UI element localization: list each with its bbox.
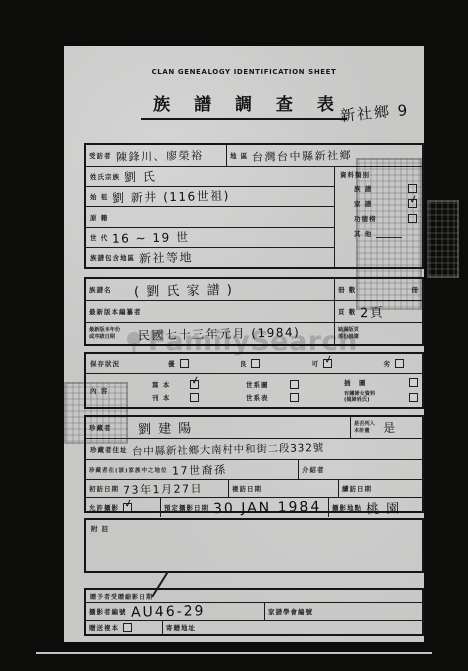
identification-split: 姓氏宗族 劉 氏 始 祖 劉 新井 (116世祖) 原 籍 世 代 16 ~ 1… (86, 167, 422, 267)
position-cell: 珍藏者在(該)家族中之地位 17世裔孫 (86, 460, 298, 479)
holder-label: 珍藏者 (89, 423, 112, 432)
corner-note-handwritten: 新社鄉 9 (339, 99, 410, 126)
table-identification: 受訪者 陳鋒川、廖榮裕 地 區 台灣台中縣新社鄉 姓氏宗族 劉 氏 始 祖 劉 (84, 143, 424, 269)
other-blank-line (376, 229, 402, 238)
table-holder: 珍藏者 劉 建 陽 是否列入 本計畫 是 珍藏者住址 台中縣新社鄉大南村中和街二… (84, 415, 424, 513)
seal-stamp-border (427, 200, 459, 278)
content-option: 刊 本 (152, 393, 238, 402)
permit-label: 允許攝影 (89, 503, 119, 512)
listed-cell: 是否列入 本計畫 是 (350, 417, 422, 438)
camera-number-label: 攝影者編號 (89, 607, 127, 616)
row-condition: 保存狀況 優 良 可 ✓ 劣 (86, 354, 422, 374)
pages-label: 頁 數 (338, 307, 356, 316)
checkbox (190, 393, 199, 402)
gift-date-label: 贈予者受贈縮影日期 (90, 592, 153, 601)
camera-number-value-handwritten: AU46-29 (130, 603, 205, 621)
film-place-cell: 攝影地點 桃 園 (328, 498, 422, 517)
ancestor-label: 始 祖 (90, 192, 108, 201)
checkbox: ✓ (123, 503, 132, 512)
ancestor-value-handwritten: 劉 新井 (116世祖) (112, 187, 230, 206)
area-value-handwritten: 台灣台中縣新社鄉 (252, 146, 352, 164)
coverage-value-handwritten: 新社等地 (139, 248, 193, 266)
scan-artifact-line (36, 652, 432, 654)
checkbox: ✓ (323, 359, 332, 368)
surname-value-handwritten: 劉 氏 (124, 168, 157, 186)
society-number-label: 家譜學會編號 (268, 607, 313, 616)
content-col1: 寫 本 ✓ 刊 本 (142, 376, 238, 405)
checkbox (290, 393, 299, 402)
copy-label: 贈送複本 (89, 623, 119, 632)
row-interviewee: 受訪者 陳鋒川、廖榮裕 地 區 台灣台中縣新社鄉 (86, 145, 422, 167)
listed-value-handwritten: 是 (383, 419, 397, 436)
second-visit-cell: 複訪日期 (228, 480, 338, 497)
row-visit-dates: 初訪日期 73年1月27日 複訪日期 續訪日期 (86, 480, 422, 498)
address-label: 珍藏者住址 (90, 445, 128, 454)
row-ancestor: 始 祖 劉 新井 (116世祖) (86, 187, 334, 207)
english-title: CLAN GENEALOGY IDENTIFICATION SHEET (64, 68, 424, 76)
table-book-info: 族譜名 ( 劉 氏 家 譜 ) 冊 數 冊 最新版本編纂者 頁 數 2頁 (84, 277, 424, 346)
mailing-label: 寄贈地址 (166, 623, 196, 632)
content-option: 世系圖 (246, 380, 338, 389)
checkbox (395, 359, 404, 368)
condition-option: 劣 (383, 359, 404, 368)
content-col3: 插 圖 有關婦女資料 (媳婦姓氏) (338, 376, 418, 405)
category-column: 資料類別 族 譜 家 譜 ✓ 功德榜 其 他 (334, 167, 422, 267)
content-option: 插 圖 (344, 378, 418, 387)
introducer-cell: 介紹者 (298, 460, 422, 479)
mailing-cell: 寄贈地址 (162, 621, 422, 634)
row-copy: 贈送複本 寄贈地址 (86, 621, 422, 634)
film-date-value-handwritten: 30 JAN 1984 (213, 498, 322, 516)
checkbox (123, 623, 132, 632)
content-option-women: 有關婦女資料 (媳婦姓氏) (344, 391, 418, 403)
edition-label: 最新版本年份 或序跋日期 (89, 327, 120, 339)
row-position: 珍藏者在(該)家族中之地位 17世裔孫 介紹者 (86, 460, 422, 480)
camera-number-cell: 攝影者編號 AU46-29 (86, 603, 264, 620)
row-origin: 原 籍 (86, 207, 334, 227)
checkbox (180, 359, 189, 368)
film-date-cell: 預定攝影日期 30 JAN 1984 (160, 498, 328, 517)
category-title: 資料類別 (340, 170, 417, 179)
category-option: 族 譜 (354, 184, 417, 193)
category-option: 家 譜 ✓ (354, 199, 417, 208)
pages-value-handwritten: 2頁 (360, 302, 385, 322)
condition-option: 良 (240, 359, 261, 368)
origin-label: 原 籍 (90, 213, 108, 222)
film-place-value-handwritten: 桃 園 (366, 498, 401, 518)
table-notes: 附 註 (84, 518, 424, 573)
listed-label: 是否列入 本計畫 (354, 421, 375, 433)
condition-option: 可 ✓ (312, 359, 333, 368)
row-coverage: 族譜包含地區 新社等地 (86, 248, 334, 267)
permit-cell: 允許攝影 ✓ (86, 498, 160, 517)
edition-value-handwritten: 民國七十三年元月 (1984) (138, 323, 301, 343)
checkbox (409, 378, 418, 387)
paper: FamilySearch CLAN GENEALOGY IDENTIFICATI… (64, 46, 424, 642)
row-compiler: 最新版本編纂者 頁 數 2頁 (86, 301, 422, 323)
compiler-cell: 最新版本編纂者 (86, 301, 334, 322)
checkbox: ✓ (408, 199, 417, 208)
interviewee-value-handwritten: 陳鋒川、廖榮裕 (115, 147, 203, 165)
row-film-numbers: 攝影者編號 AU46-29 家譜學會編號 (86, 603, 422, 621)
book-title-value-handwritten: ( 劉 氏 家 譜 ) (133, 279, 233, 300)
first-visit-value-handwritten: 73年1月27日 (123, 480, 203, 498)
notes-label: 附 註 (91, 524, 109, 533)
row-surname: 姓氏宗族 劉 氏 (86, 167, 334, 187)
row-edition: 最新版本年份 或序跋日期 民國七十三年元月 (1984) 缺漏版頁 部份損壞 (86, 323, 422, 344)
interviewee-cell: 受訪者 陳鋒川、廖榮裕 (86, 145, 226, 166)
scanned-form-frame: FamilySearch CLAN GENEALOGY IDENTIFICATI… (0, 0, 468, 671)
row-generations: 世 代 16 ~ 19 世 (86, 228, 334, 248)
condition-options: 優 良 可 ✓ 劣 (142, 359, 418, 368)
table-admin: 贈予者受贈縮影日期 攝影者編號 AU46-29 家譜學會編號 贈送複本 寄 (84, 588, 424, 636)
first-visit-cell: 初訪日期 73年1月27日 (86, 480, 228, 497)
area-label: 地 區 (230, 151, 248, 160)
table-condition: 保存狀況 優 良 可 ✓ 劣 (84, 352, 424, 409)
interviewee-label: 受訪者 (89, 151, 112, 160)
area-cell: 地 區 台灣台中縣新社鄉 (226, 145, 422, 166)
category-option: 功德榜 (354, 214, 417, 223)
content-option: 世系表 (246, 393, 338, 402)
surname-label: 姓氏宗族 (90, 172, 120, 181)
row-gift-date: 贈予者受贈縮影日期 (86, 590, 422, 603)
row-address: 珍藏者住址 台中縣新社鄉大南村中和街二段332號 (86, 439, 422, 460)
generations-value-handwritten: 16 ~ 19 世 (112, 228, 190, 247)
holder-cell: 珍藏者 劉 建 陽 (86, 417, 350, 438)
row-filming: 允許攝影 ✓ 預定攝影日期 30 JAN 1984 攝影地點 桃 園 (86, 498, 422, 517)
condition-label: 保存狀況 (90, 359, 142, 368)
missing-pages-label: 缺漏版頁 部份損壞 (338, 327, 359, 339)
condition-option: 優 (168, 359, 189, 368)
checkbox: ✓ (190, 380, 199, 389)
edition-cell: 最新版本年份 或序跋日期 民國七十三年元月 (1984) (86, 323, 334, 344)
third-visit-label: 續訪日期 (342, 484, 372, 493)
checkbox (251, 359, 260, 368)
checkbox (290, 380, 299, 389)
row-notes: 附 註 (86, 520, 422, 571)
book-title-cell: 族譜名 ( 劉 氏 家 譜 ) (86, 279, 334, 300)
book-title-label: 族譜名 (89, 285, 112, 294)
film-date-label: 預定攝影日期 (164, 503, 209, 512)
volumes-cell: 冊 數 冊 (334, 279, 422, 300)
content-option: 寫 本 ✓ (152, 380, 238, 389)
compiler-label: 最新版本編纂者 (89, 307, 142, 316)
row-book-title: 族譜名 ( 劉 氏 家 譜 ) 冊 數 冊 (86, 279, 422, 301)
checkbox (408, 214, 417, 223)
generations-label: 世 代 (90, 233, 108, 242)
identification-left: 姓氏宗族 劉 氏 始 祖 劉 新井 (116世祖) 原 籍 世 代 16 ~ 1… (86, 167, 334, 267)
film-place-label: 攝影地點 (332, 503, 362, 512)
missing-pages-cell: 缺漏版頁 部份損壞 (334, 323, 422, 344)
third-visit-cell: 續訪日期 (338, 480, 422, 497)
second-visit-label: 複訪日期 (232, 484, 262, 493)
address-value-handwritten: 台中縣新社鄉大南村中和街二段332號 (131, 439, 323, 458)
content-label: 內 容 (90, 386, 142, 395)
position-value-handwritten: 17世裔孫 (171, 461, 226, 478)
copy-cell: 贈送複本 (86, 621, 162, 634)
coverage-label: 族譜包含地區 (90, 253, 135, 262)
row-holder: 珍藏者 劉 建 陽 是否列入 本計畫 是 (86, 417, 422, 439)
category-option-other: 其 他 (354, 229, 417, 238)
holder-value-handwritten: 劉 建 陽 (137, 417, 192, 437)
position-label: 珍藏者在(該)家族中之地位 (89, 466, 168, 474)
society-number-cell: 家譜學會編號 (264, 603, 422, 620)
checkbox (409, 393, 418, 402)
volumes-label: 冊 數 (338, 285, 356, 294)
introducer-label: 介紹者 (302, 465, 325, 474)
volumes-unit: 冊 (412, 285, 420, 294)
pages-cell: 頁 數 2頁 (334, 301, 422, 322)
row-content: 內 容 寫 本 ✓ 刊 本 世系圖 (86, 374, 422, 407)
content-col2: 世系圖 世系表 (238, 376, 338, 405)
first-visit-label: 初訪日期 (89, 484, 119, 493)
